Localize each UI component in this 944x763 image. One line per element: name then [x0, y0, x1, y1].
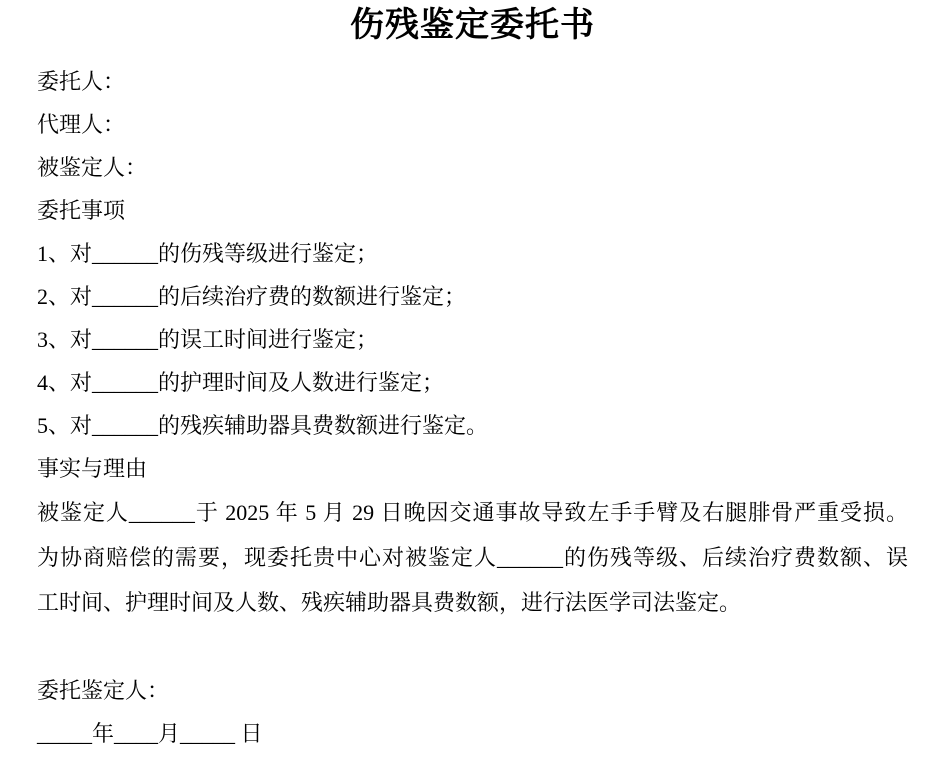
date-line: _____年____月_____ 日: [37, 712, 908, 755]
field-entrusting-party: 委托人：: [37, 60, 908, 103]
facts-paragraph-line: 被鉴定人______于 2025 年 5 月 29 日晚因交通事故导致左手手臂及…: [37, 490, 908, 535]
entrust-item-3: 3、对______的误工时间进行鉴定；: [37, 318, 908, 361]
entrust-item-4: 4、对______的护理时间及人数进行鉴定；: [37, 361, 908, 404]
facts-heading: 事实与理由: [37, 447, 908, 490]
document-page: 伤残鉴定委托书 委托人： 代理人： 被鉴定人： 委托事项 1、对______的伤…: [0, 0, 944, 763]
entrust-item-5: 5、对______的残疾辅助器具费数额进行鉴定。: [37, 404, 908, 447]
entrust-matters-heading: 委托事项: [37, 189, 908, 232]
document-title: 伤残鉴定委托书: [37, 4, 908, 48]
entrust-item-2: 2、对______的后续治疗费的数额进行鉴定；: [37, 275, 908, 318]
field-assessed-person: 被鉴定人：: [37, 146, 908, 189]
field-agent: 代理人：: [37, 103, 908, 146]
facts-paragraph-line: 为协商赔偿的需要，现委托贵中心对被鉴定人______的伤残等级、后续治疗费数额、…: [37, 535, 908, 580]
blank-line: [37, 625, 908, 669]
facts-paragraph-line: 工时间、护理时间及人数、残疾辅助器具费数额，进行法医学司法鉴定。: [37, 580, 908, 625]
signature-label: 委托鉴定人：: [37, 669, 908, 712]
facts-paragraph: 被鉴定人______于 2025 年 5 月 29 日晚因交通事故导致左手手臂及…: [37, 490, 908, 625]
entrust-item-1: 1、对______的伤残等级进行鉴定；: [37, 232, 908, 275]
